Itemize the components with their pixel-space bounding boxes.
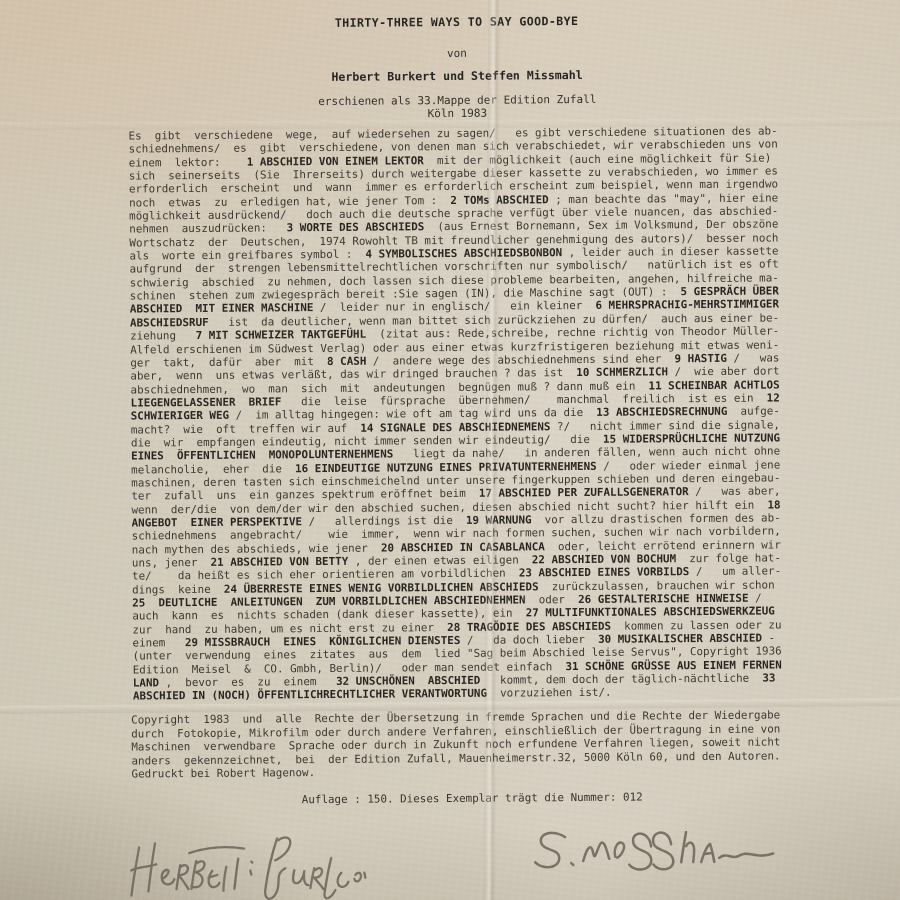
signature-herbert-burkert (119, 832, 368, 900)
paper-sheet: THIRTY-THREE WAYS TO SAY GOOD-BYE von He… (0, 0, 900, 900)
document-title: THIRTY-THREE WAYS TO SAY GOOD-BYE (0, 11, 900, 32)
title-block: THIRTY-THREE WAYS TO SAY GOOD-BYE von He… (0, 0, 900, 4)
edition-number-line: Auflage : 150. Dieses Exemplar trägt die… (302, 790, 643, 806)
authors-line: Herbert Burkert und Steffen Missmahl (0, 65, 900, 86)
copyright-block: Copyright 1983 und alle Rechte der Übers… (131, 708, 852, 781)
signature-steffen-missmahl (503, 823, 778, 885)
body-text: Es gibt verschiedene wege, auf wiederseh… (128, 124, 853, 710)
photo-of-document: THIRTY-THREE WAYS TO SAY GOOD-BYE von He… (0, 0, 900, 900)
byline: von (0, 43, 900, 63)
